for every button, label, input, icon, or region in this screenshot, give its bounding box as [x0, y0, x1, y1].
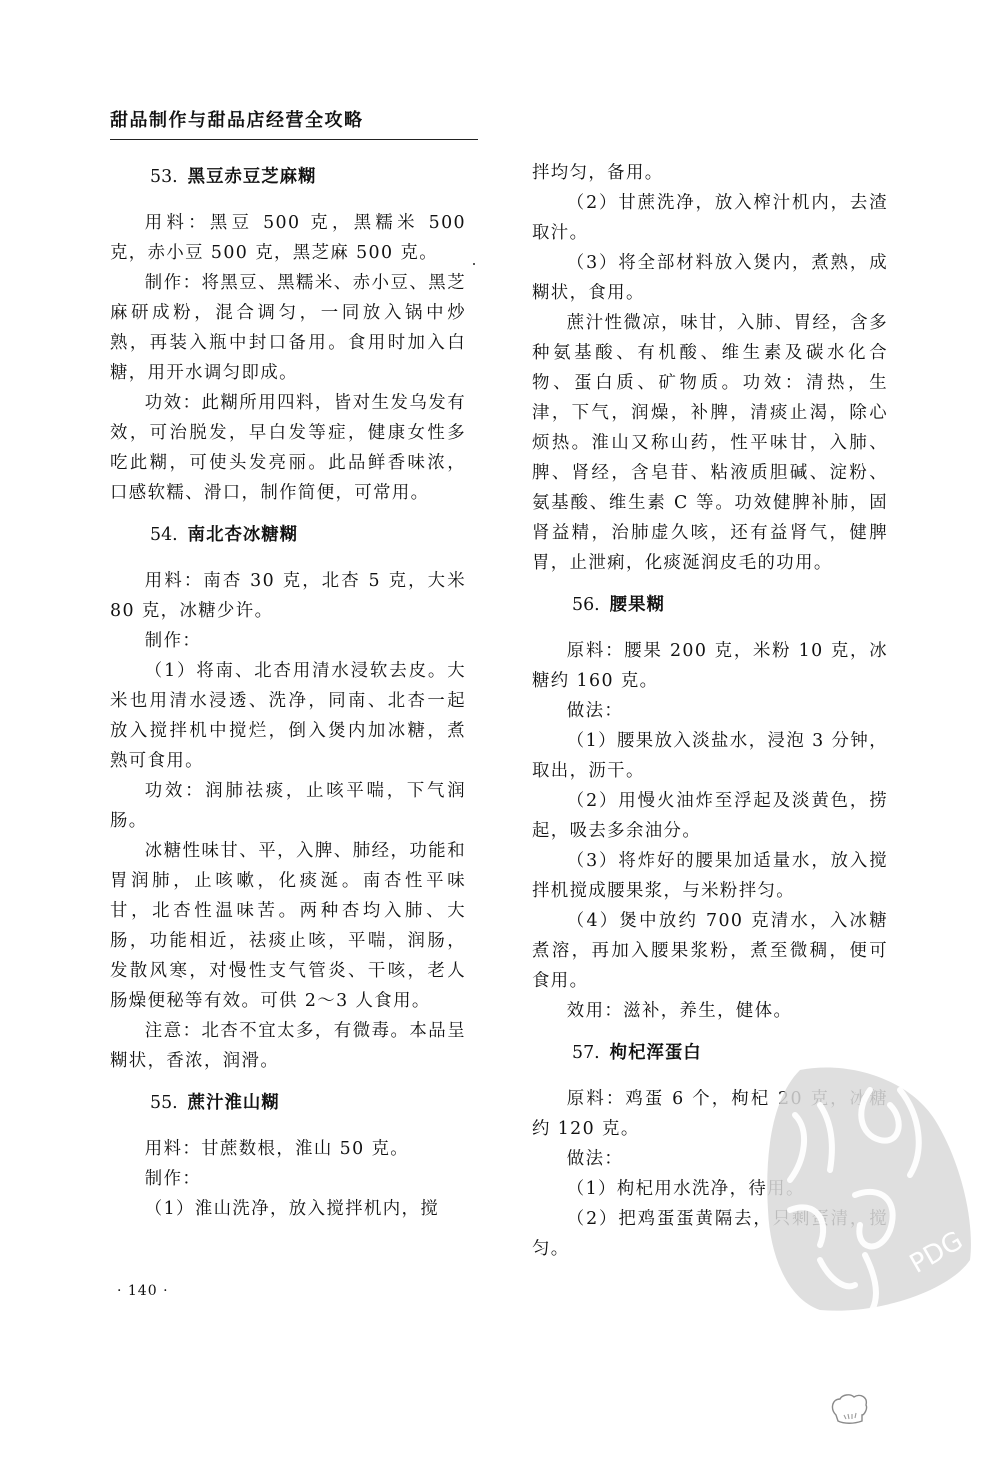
caution-paragraph: 注意：北杏不宜太多，有微毒。本品呈糊状，香浓，润滑。 — [110, 1016, 466, 1076]
recipe-number: 57. — [572, 1043, 600, 1063]
recipe-title: 57.枸杞浑蛋白 — [532, 1038, 888, 1068]
recipe-name: 枸杞浑蛋白 — [610, 1043, 702, 1063]
recipe-57: 57.枸杞浑蛋白 原料：鸡蛋 6 个，枸杞 20 克，冰糖约 120 克。 做法… — [532, 1038, 888, 1264]
recipe-number: 54. — [150, 525, 178, 545]
step-paragraph: （1）腰果放入淡盐水，浸泡 3 分钟，取出，沥干。 — [532, 726, 888, 786]
recipe-54: 54.南北杏冰糖糊 用料：南杏 30 克，北杏 5 克，大米 80 克，冰糖少许… — [110, 520, 466, 1076]
step-paragraph: （1）将南、北杏用清水浸软去皮。大米也用清水浸透、洗净，同南、北杏一起放入搅拌机… — [110, 656, 466, 776]
recipe-title: 53.黑豆赤豆芝麻糊 — [110, 162, 466, 192]
right-column: 拌均匀，备用。 （2）甘蔗洗净，放入榨汁机内，去渣取汁。 （3）将全部材料放入煲… — [532, 158, 888, 1264]
recipe-name: 黑豆赤豆芝麻糊 — [188, 167, 317, 187]
recipe-number: 56. — [572, 595, 600, 615]
recipe-56: 56.腰果糊 原料：腰果 200 克，米粉 10 克，冰糖约 160 克。 做法… — [532, 590, 888, 1026]
method-heading: 做法： — [532, 1144, 888, 1174]
header-rule — [110, 139, 478, 140]
recipe-55-continued: 拌均匀，备用。 （2）甘蔗洗净，放入榨汁机内，去渣取汁。 （3）将全部材料放入煲… — [532, 158, 888, 578]
ingredients-paragraph: 用料：甘蔗数根，淮山 50 克。 — [110, 1134, 466, 1164]
recipe-name: 南北杏冰糖糊 — [188, 525, 298, 545]
recipe-name: 蔗汁淮山糊 — [188, 1093, 280, 1113]
continued-paragraph: 拌均匀，备用。 — [532, 158, 888, 188]
recipe-number: 55. — [150, 1093, 178, 1113]
notes-paragraph: 冰糖性味甘、平，入脾、肺经，功能和胃润肺，止咳嗽，化痰涎。南杏性平味甘，北杏性温… — [110, 836, 466, 1016]
step-paragraph: （1）枸杞用水洗净，待用。 — [532, 1174, 888, 1204]
ingredients-paragraph: 原料：鸡蛋 6 个，枸杞 20 克，冰糖约 120 克。 — [532, 1084, 888, 1144]
page-number: · 140 · — [117, 1283, 169, 1299]
recipe-title: 55.蔗汁淮山糊 — [110, 1088, 466, 1118]
method-heading: 制作： — [110, 1164, 466, 1194]
method-heading: 做法： — [532, 696, 888, 726]
left-column: 53.黑豆赤豆芝麻糊 用料：黑豆 500 克，黑糯米 500 克，赤小豆 500… — [110, 160, 466, 1224]
running-head: 甜品制作与甜品店经营全攻略 — [110, 106, 364, 132]
step-paragraph: （1）淮山洗净，放入搅拌机内，搅 — [110, 1194, 466, 1224]
recipe-title: 54.南北杏冰糖糊 — [110, 520, 466, 550]
recipe-number: 53. — [150, 167, 178, 187]
step-paragraph: （3）将全部材料放入煲内，煮熟，成糊状，食用。 — [532, 248, 888, 308]
notes-paragraph: 蔗汁性微凉，味甘，入肺、胃经，含多种氨基酸、有机酸、维生素及碳水化合物、蛋白质、… — [532, 308, 888, 578]
effects-paragraph: 功效：润肺祛痰，止咳平喘，下气润肠。 — [110, 776, 466, 836]
recipe-title: 56.腰果糊 — [532, 590, 888, 620]
recipe-55: 55.蔗汁淮山糊 用料：甘蔗数根，淮山 50 克。 制作： （1）淮山洗净，放入… — [110, 1088, 466, 1224]
recipe-53: 53.黑豆赤豆芝麻糊 用料：黑豆 500 克，黑糯米 500 克，赤小豆 500… — [110, 162, 466, 508]
ingredients-paragraph: 用料：黑豆 500 克，黑糯米 500 克，赤小豆 500 克，黑芝麻 500 … — [110, 208, 466, 268]
recipe-name: 腰果糊 — [610, 595, 665, 615]
step-paragraph: （4）煲中放约 700 克清水，入冰糖煮溶，再加入腰果浆粉，煮至微稠，便可食用。 — [532, 906, 888, 996]
method-heading: 制作： — [110, 626, 466, 656]
scan-artifact-dot — [473, 263, 475, 265]
effects-paragraph: 效用：滋补，养生，健体。 — [532, 996, 888, 1026]
ingredients-paragraph: 用料：南杏 30 克，北杏 5 克，大米 80 克，冰糖少许。 — [110, 566, 466, 626]
method-paragraph: 制作：将黑豆、黑糯米、赤小豆、黑芝麻研成粉，混合调匀，一同放入锅中炒熟，再装入瓶… — [110, 268, 466, 388]
effects-paragraph: 功效：此糊所用四料，皆对生发乌发有效，可治脱发，早白发等症，健康女性多吃此糊，可… — [110, 388, 466, 508]
step-paragraph: （2）把鸡蛋蛋黄隔去，只剩蛋清，搅匀。 — [532, 1204, 888, 1264]
svg-text:PDG: PDG — [905, 1226, 968, 1280]
step-paragraph: （2）用慢火油炸至浮起及淡黄色，捞起，吸去多余油分。 — [532, 786, 888, 846]
step-paragraph: （3）将炸好的腰果加适量水，放入搅拌机搅成腰果浆，与米粉拌匀。 — [532, 846, 888, 906]
step-paragraph: （2）甘蔗洗净，放入榨汁机内，去渣取汁。 — [532, 188, 888, 248]
ingredients-paragraph: 原料：腰果 200 克，米粉 10 克，冰糖约 160 克。 — [532, 636, 888, 696]
chef-hat-icon — [830, 1393, 870, 1427]
